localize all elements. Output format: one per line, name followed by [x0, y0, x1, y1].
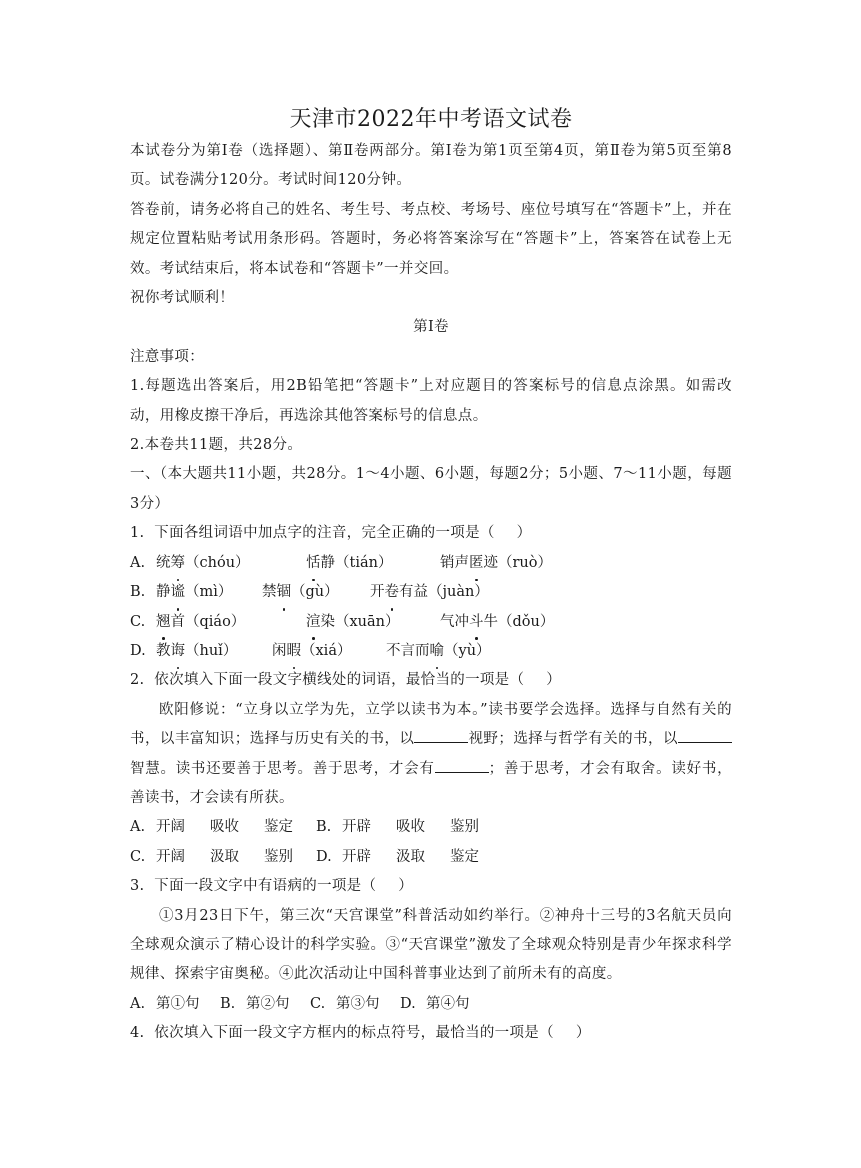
option-row-ab: A. 开阔 吸收 鉴定 B. 开辟 吸收 鉴别 [130, 813, 732, 842]
fill-blank-2 [678, 728, 732, 743]
question-passage: ①3月23日下午，第三次“天宫课堂”科普活动如约举行。②神舟十三号的3名航天员向… [130, 902, 732, 990]
question-stem: 3. 下面一段文字中有语病的一项是（） [130, 872, 732, 901]
option-item: 翘首（qiáo） [156, 608, 306, 637]
option-a: A. 统筹（chóu） 恬静（tián） 销声匿迹（ruò） [130, 549, 732, 578]
question-4: 4. 依次填入下面一段文字方框内的标点符号，最恰当的一项是（） [130, 1019, 732, 1048]
exam-page: 天津市2022年中考语文试卷 本试卷分为第Ⅰ卷（选择题）、第Ⅱ卷两部分。第Ⅰ卷为… [130, 105, 732, 1049]
question-2: 2. 依次填入下面一段文字横线处的词语，最恰当的一项是（） 欧阳修说：“立身以立… [130, 666, 732, 872]
option-item: 销声匿迹（ruò） [440, 549, 552, 578]
option-item: 静谧（mì） [156, 578, 262, 607]
option-item: 恬静（tián） [306, 549, 440, 578]
intro-paragraph-1: 本试卷分为第Ⅰ卷（选择题）、第Ⅱ卷两部分。第Ⅰ卷为第1页至第4页，第Ⅱ卷为第5页… [130, 137, 732, 196]
part-heading: 一、（本大题共11小题，共28分。1～4小题、6小题，每题2分；5小题、7～11… [130, 460, 732, 519]
question-3: 3. 下面一段文字中有语病的一项是（） ①3月23日下午，第三次“天宫课堂”科普… [130, 872, 732, 1019]
question-stem: 4. 依次填入下面一段文字方框内的标点符号，最恰当的一项是（） [130, 1019, 732, 1048]
question-passage: 欧阳修说：“立身以立学为先，立学以读书为本。”读书要学会选择。选择与自然有关的书… [130, 696, 732, 814]
option-item: 统筹（chóu） [156, 549, 306, 578]
option-b: B. 静谧（mì） 禁锢（gù） 开卷有益（juàn） [130, 578, 732, 607]
option-item: 闲暇（xiá） [272, 637, 386, 666]
option-item: 渲染（xuān） [306, 608, 440, 637]
question-1: 1. 下面各组词语中加点字的注音，完全正确的一项是（） A. 统筹（chóu） … [130, 519, 732, 666]
option-item: 开卷有益（juàn） [370, 578, 489, 607]
option-row: A. 第①句 B. 第②句 C. 第③句 D. 第④句 [130, 990, 732, 1019]
option-item: 不言而喻（yù） [386, 637, 491, 666]
option-item: 气冲斗牛（dǒu） [440, 608, 554, 637]
fill-blank-1 [414, 728, 468, 743]
option-c: C. 翘首（qiáo） 渲染（xuān） 气冲斗牛（dǒu） [130, 608, 732, 637]
section-title: 第Ⅰ卷 [130, 313, 732, 342]
option-row-cd: C. 开阔 汲取 鉴别 D. 开辟 汲取 鉴定 [130, 843, 732, 872]
notice-1: 1.每题选出答案后，用2B铅笔把“答题卡”上对应题目的答案标号的信息点涂黑。如需… [130, 372, 732, 431]
option-d: D. 教诲（huǐ） 闲暇（xiá） 不言而喻（yù） [130, 637, 732, 666]
question-stem: 2. 依次填入下面一段文字横线处的词语，最恰当的一项是（） [130, 666, 732, 695]
fill-blank-3 [435, 758, 489, 773]
intro-paragraph-2: 答卷前，请务必将自己的姓名、考生号、考点校、考场号、座位号填写在“答题卡”上，并… [130, 196, 732, 284]
page-title: 天津市2022年中考语文试卷 [130, 105, 732, 135]
intro-paragraph-3: 祝你考试顺利！ [130, 284, 732, 313]
notice-2: 2.本卷共11题，共28分。 [130, 431, 732, 460]
question-stem: 1. 下面各组词语中加点字的注音，完全正确的一项是（） [130, 519, 732, 548]
option-item: 禁锢（gù） [262, 578, 370, 607]
notice-heading: 注意事项： [130, 343, 732, 372]
option-item: 教诲（huǐ） [156, 637, 272, 666]
